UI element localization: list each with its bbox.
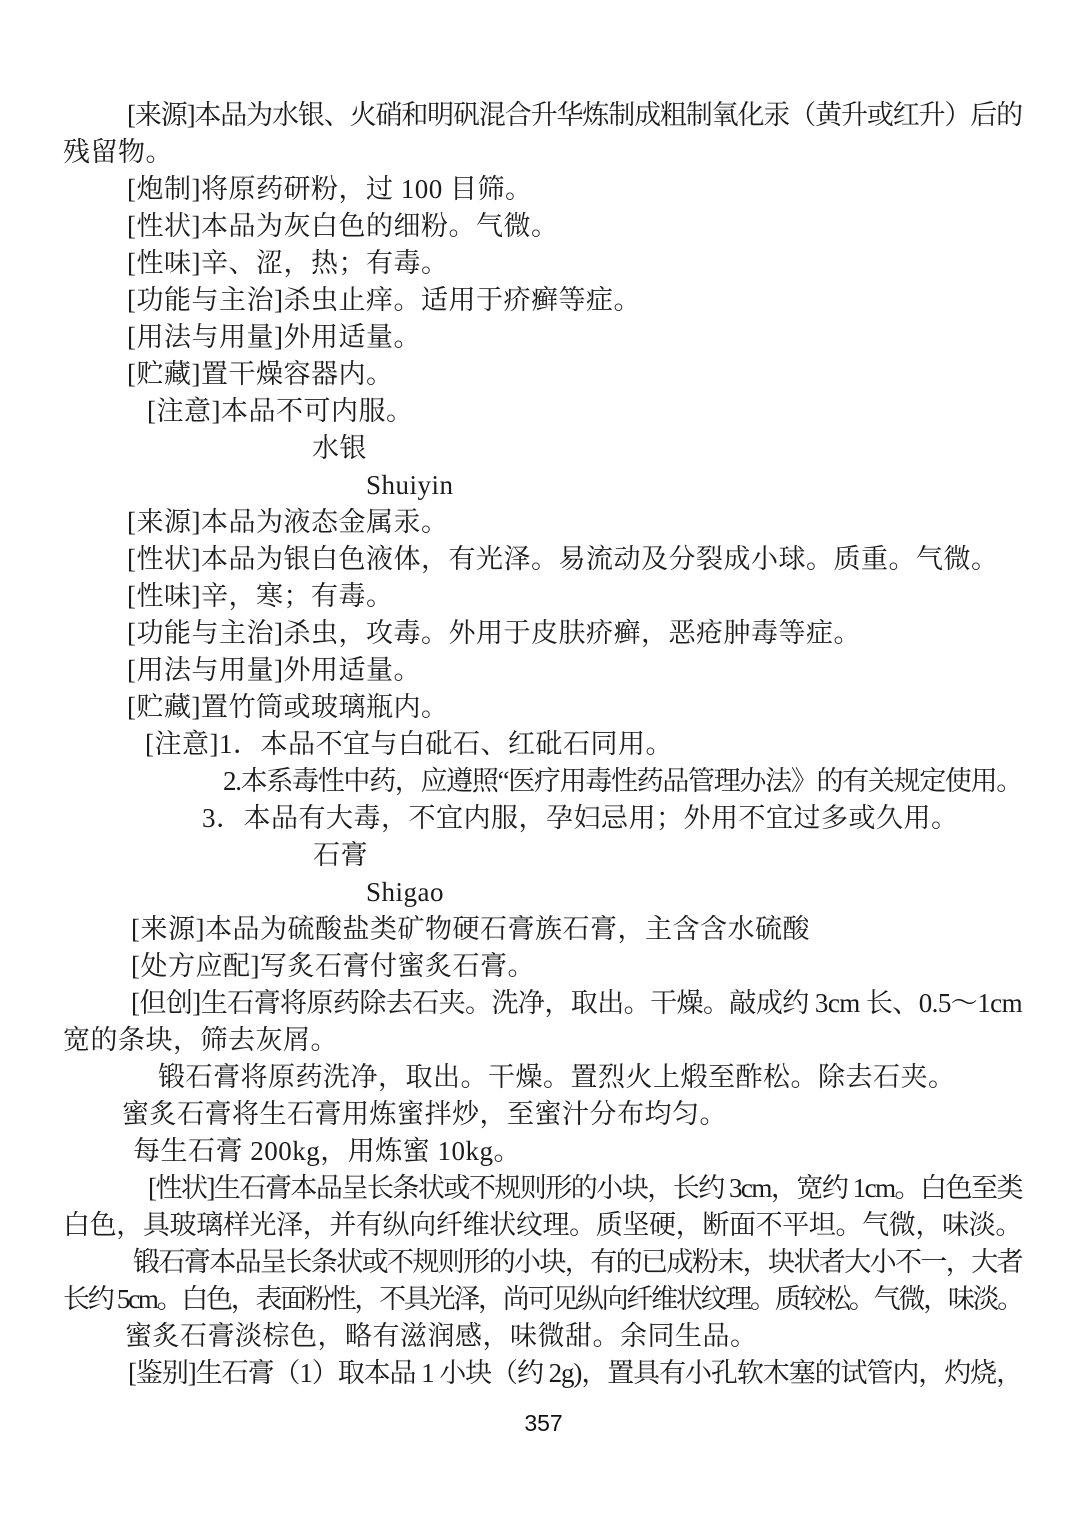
text-line: [鉴别]生石膏（1）取本品 1 小块（约 2g)，置具有小孔软木塞的试管内，灼烧… (63, 1355, 1022, 1392)
text-line: [性味]辛，寒；有毒。 (63, 578, 1022, 615)
text-line: [性状]本品为银白色液体，有光泽。易流动及分裂成小球。质重。气微。 (63, 541, 1022, 578)
text-line: 锻石膏将原药洗净，取出。干燥。置烈火上煅至酢松。除去石夹。 (63, 1059, 1022, 1096)
text-line-content: [来源]本品为液态金属汞。 (127, 504, 448, 541)
text-line-content: [来源]本品为水银、火硝和明矾混合升华炼制成粗制氧化汞（黄升或红升）后的 (127, 97, 1022, 134)
text-line-content: 长约 5cm。白色，表面粉性，不具光泽，尚可见纵向纤维状纹理。质较松。气微，味淡… (63, 1281, 1022, 1318)
text-line: 蜜炙石膏将生石膏用炼蜜拌炒，至蜜汁分布均匀。 (63, 1096, 1022, 1133)
text-line: [来源]本品为液态金属汞。 (63, 504, 1022, 541)
text-line-content: [性味]辛、涩，热；有毒。 (127, 245, 448, 282)
text-line-content: [鉴别]生石膏（1）取本品 1 小块（约 2g)，置具有小孔软木塞的试管内，灼烧… (128, 1355, 1022, 1392)
text-line: [来源]本品为硫酸盐类矿物硬石膏族石膏，主含含水硫酸 (63, 911, 1022, 948)
text-line: [性状]生石膏本品呈长条状或不规则形的小块，长约 3cm，宽约 1cm。白色至类 (63, 1170, 1022, 1207)
drug-pinyin-shuiyin: Shuiyin (63, 467, 1022, 504)
text-line-content: [性状]生石膏本品呈长条状或不规则形的小块，长约 3cm，宽约 1cm。白色至类 (148, 1170, 1022, 1207)
text-line-content: 蜜炙石膏将生石膏用炼蜜拌炒，至蜜汁分布均匀。 (122, 1096, 727, 1133)
text-line-content: 2.本系毒性中药，应遵照“医疗用毒性药品管理办法》的有关规定使用。 (223, 763, 1022, 800)
text-line: [但创]生石膏将原药除去石夹。洗净，取出。干燥。敲成约 3cm 长、0.5～1c… (63, 985, 1022, 1022)
text-line: [来源]本品为水银、火硝和明矾混合升华炼制成粗制氧化汞（黄升或红升）后的 (63, 97, 1022, 134)
text-line-content: [贮藏]置干燥容器内。 (127, 356, 393, 393)
drug-title-text: 石膏 (313, 837, 368, 874)
drug-title-text: 水银 (312, 430, 367, 467)
text-line-content: 锻石膏本品呈长条状或不规则形的小块，有的已成粉末，块状者大小不一，大者 (133, 1244, 1022, 1281)
text-line-content: 残留物。 (63, 134, 173, 171)
drug-pinyin-text: Shigao (366, 874, 444, 911)
drug-pinyin-shigao: Shigao (63, 874, 1022, 911)
text-line-content: 蜜炙石膏淡棕色，略有滋润感，味微甜。余同生品。 (125, 1318, 758, 1355)
document-text-block: [来源]本品为水银、火硝和明矾混合升华炼制成粗制氧化汞（黄升或红升）后的 残留物… (63, 97, 1022, 1392)
text-line: 锻石膏本品呈长条状或不规则形的小块，有的已成粉末，块状者大小不一，大者 (63, 1244, 1022, 1281)
text-line: 每生石膏 200kg，用炼蜜 10kg。 (63, 1133, 1022, 1170)
text-line-content: [处方应配]写炙石膏付蜜炙石膏。 (131, 948, 535, 985)
text-line-content: [但创]生石膏将原药除去石夹。洗净，取出。干燥。敲成约 3cm 长、0.5～1c… (131, 985, 1022, 1022)
text-line: 长约 5cm。白色，表面粉性，不具光泽，尚可见纵向纤维状纹理。质较松。气微，味淡… (63, 1281, 1022, 1318)
text-line: [贮藏]置竹筒或玻璃瓶内。 (63, 689, 1022, 726)
drug-title-shigao: 石膏 (63, 837, 1022, 874)
text-line: [功能与主治]杀虫，攻毒。外用于皮肤疥癣，恶疮肿毒等症。 (63, 615, 1022, 652)
page-number: 357 (0, 1410, 1087, 1437)
document-page: [来源]本品为水银、火硝和明矾混合升华炼制成粗制氧化汞（黄升或红升）后的 残留物… (0, 0, 1087, 1536)
text-line-content: [注意]本品不可内服。 (147, 393, 413, 430)
text-line-content: [性味]辛，寒；有毒。 (127, 578, 393, 615)
text-line-content: [用法与用量]外用适量。 (127, 319, 421, 356)
text-line: [用法与用量]外用适量。 (63, 652, 1022, 689)
drug-pinyin-text: Shuiyin (366, 467, 454, 504)
text-line: [贮藏]置干燥容器内。 (63, 356, 1022, 393)
text-line: 2.本系毒性中药，应遵照“医疗用毒性药品管理办法》的有关规定使用。 (63, 763, 1022, 800)
text-line-content: 每生石膏 200kg，用炼蜜 10kg。 (133, 1133, 521, 1170)
text-line-content: [性状]本品为灰白色的细粉。气微。 (127, 208, 558, 245)
text-line: [处方应配]写炙石膏付蜜炙石膏。 (63, 948, 1022, 985)
text-line-content: 宽的条块，筛去灰屑。 (63, 1022, 338, 1059)
text-line-content: 锻石膏将原药洗净，取出。干燥。置烈火上煅至酢松。除去石夹。 (158, 1059, 956, 1096)
text-line: [炮制]将原药研粉，过 100 目筛。 (63, 171, 1022, 208)
text-line-content: [性状]本品为银白色液体，有光泽。易流动及分裂成小球。质重。气微。 (127, 541, 998, 578)
text-line: [性味]辛、涩，热；有毒。 (63, 245, 1022, 282)
text-line: [注意]本品不可内服。 (63, 393, 1022, 430)
text-line-content: [用法与用量]外用适量。 (127, 652, 421, 689)
drug-title-shuiyin: 水银 (63, 430, 1022, 467)
text-line-content: [功能与主治]杀虫止痒。适用于疥癣等症。 (127, 282, 641, 319)
text-line: 蜜炙石膏淡棕色，略有滋润感，味微甜。余同生品。 (63, 1318, 1022, 1355)
text-line-content: 白色，具玻璃样光泽，并有纵向纤维状纹理。质坚硬，断面不平坦。气微，味淡。 (63, 1207, 1022, 1244)
text-line-content: [注意]1．本品不宜与白砒石、红砒石同用。 (145, 726, 673, 763)
text-line: 残留物。 (63, 134, 1022, 171)
text-line: [用法与用量]外用适量。 (63, 319, 1022, 356)
text-line-content: [功能与主治]杀虫，攻毒。外用于皮肤疥癣，恶疮肿毒等症。 (127, 615, 861, 652)
text-line: 宽的条块，筛去灰屑。 (63, 1022, 1022, 1059)
text-line: 白色，具玻璃样光泽，并有纵向纤维状纹理。质坚硬，断面不平坦。气微，味淡。 (63, 1207, 1022, 1244)
text-line: [注意]1．本品不宜与白砒石、红砒石同用。 (63, 726, 1022, 763)
text-line-content: 3．本品有大毒，不宜内服，孕妇忌用；外用不宜过多或久用。 (202, 800, 959, 837)
text-line-content: [贮藏]置竹筒或玻璃瓶内。 (127, 689, 448, 726)
text-line: [性状]本品为灰白色的细粉。气微。 (63, 208, 1022, 245)
text-line-content: [来源]本品为硫酸盐类矿物硬石膏族石膏，主含含水硫酸 (131, 911, 810, 948)
text-line-content: [炮制]将原药研粉，过 100 目筛。 (127, 171, 532, 208)
text-line: 3．本品有大毒，不宜内服，孕妇忌用；外用不宜过多或久用。 (63, 800, 1022, 837)
text-line: [功能与主治]杀虫止痒。适用于疥癣等症。 (63, 282, 1022, 319)
